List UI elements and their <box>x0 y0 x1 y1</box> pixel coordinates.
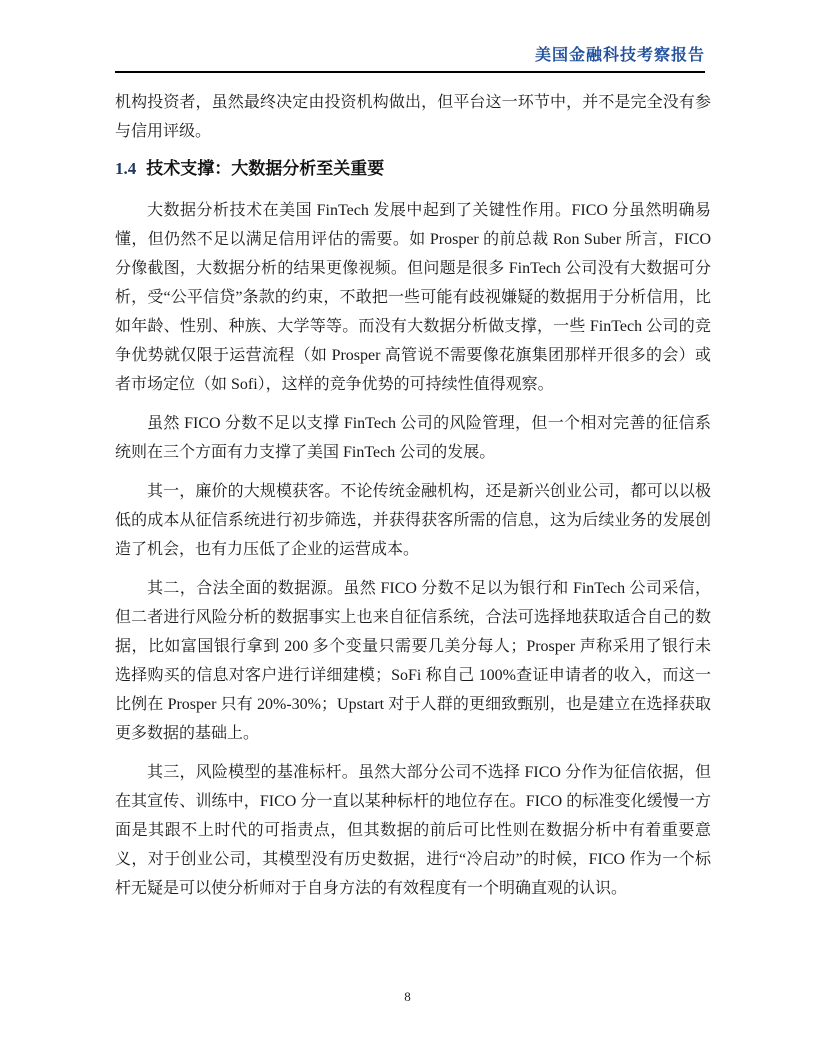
body-paragraph-5: 其三，风险模型的基准标杆。虽然大部分公司不选择 FICO 分作为征信依据，但在其… <box>115 758 711 903</box>
section-title: 技术支撑：大数据分析至关重要 <box>146 159 384 178</box>
section-heading: 1.4技术支撑：大数据分析至关重要 <box>115 158 711 180</box>
body-paragraph-3: 其一，廉价的大规模获客。不论传统金融机构，还是新兴创业公司，都可以以极低的成本从… <box>115 477 711 564</box>
continuation-paragraph: 机构投资者，虽然最终决定由投资机构做出，但平台这一环节中，并不是完全没有参与信用… <box>115 88 711 146</box>
body-paragraph-1: 大数据分析技术在美国 FinTech 发展中起到了关键性作用。FICO 分虽然明… <box>115 196 711 399</box>
section-number: 1.4 <box>115 159 136 178</box>
document-page: 美国金融科技考察报告 机构投资者，虽然最终决定由投资机构做出，但平台这一环节中，… <box>0 0 815 1055</box>
document-body: 机构投资者，虽然最终决定由投资机构做出，但平台这一环节中，并不是完全没有参与信用… <box>115 88 711 913</box>
body-paragraph-4: 其二，合法全面的数据源。虽然 FICO 分数不足以为银行和 FinTech 公司… <box>115 574 711 748</box>
page-footer: 8 <box>0 988 815 1006</box>
page-header: 美国金融科技考察报告 <box>115 46 705 73</box>
page-number: 8 <box>404 989 411 1004</box>
body-paragraph-2: 虽然 FICO 分数不足以支撑 FinTech 公司的风险管理，但一个相对完善的… <box>115 409 711 467</box>
running-header-title: 美国金融科技考察报告 <box>535 47 705 64</box>
